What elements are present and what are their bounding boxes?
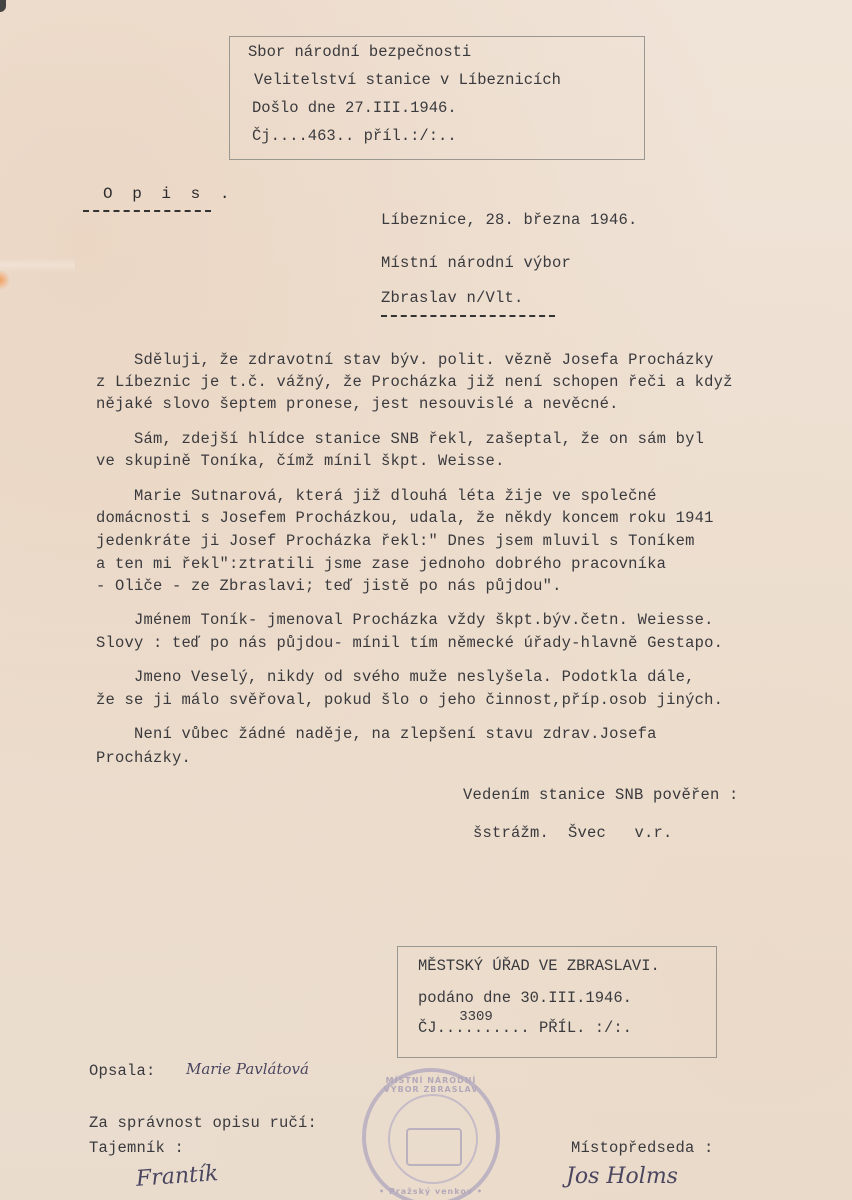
body-line: ve skupině Toníka, čímž mínil škpt. Weis… [96,453,505,470]
stamp-line: Došlo dne 27.III.1946. [252,99,457,117]
body-line: Sám, zdejší hlídce stanice SNB řekl, zaš… [96,431,704,448]
seal-top-text: MÍSTNÍ NÁRODNÍ VÝBOR ZBRASLAV [366,1076,496,1094]
seal-bottom-text: • Pražský venkov • [366,1187,496,1196]
recipient-underline [381,315,555,317]
paper-fold [0,258,75,272]
heading-underline [83,210,211,212]
body-line: Jmeno Veselý, nikdy od svého muže neslyš… [96,669,695,686]
document-heading: O p i s . [103,185,234,203]
body-line: - Oliče - ze Zbraslavi; teď jistě po nás… [96,578,562,595]
body-line: z Líbeznic je t.č. vážný, že Procházka j… [96,374,733,391]
body-line: Sděluji, že zdravotní stav býv. polit. v… [96,352,714,369]
secretary-signature: Frantík [135,1161,219,1192]
body-line: domácnosti s Josefem Procházkou, udala, … [96,510,714,527]
transcribed-label: Opsala: [89,1063,156,1080]
transcriber-signature: Marie Pavlátová [186,1060,309,1078]
paper-stain [0,270,10,290]
body-line: jedenkráte ji Josef Procházka řekl:" Dne… [96,533,695,550]
stamp-ref-line: ČJ..3309........ PŘÍL. :/:. [418,1019,632,1037]
stamp-line: podáno dne 30.III.1946. [418,989,632,1007]
body-line: Jménem Toník- jmenoval Procházka vždy šk… [96,612,714,629]
stamp-line: MĚSTSKÝ ÚŘAD VE ZBRASLAVI. [418,957,660,975]
official-seal: MÍSTNÍ NÁRODNÍ VÝBOR ZBRASLAV • Pražský … [362,1068,500,1200]
secretary-label: Tajemník : [89,1140,184,1157]
body-line: Slovy : teď po nás půjdou- mínil tím něm… [96,635,723,652]
seal-building-emblem [406,1128,462,1166]
stamp-line: Velitelství stanice v Líbeznicích [254,71,561,89]
paper-corner [0,0,6,12]
reference-number: 3309 [459,1009,493,1025]
document-page: Sbor národní bezpečnosti Velitelství sta… [0,0,852,1200]
body-line: Procházky. [96,750,191,767]
stamp-line: Sbor národní bezpečnosti [248,43,471,61]
place-date: Líbeznice, 28. března 1946. [381,212,638,229]
signer-line: šstrážm. Švec v.r. [473,825,673,842]
vice-chair-label: Místopředseda : [571,1140,714,1157]
stamp-line: Čj....463.. příl.:/:.. [252,127,457,145]
recipient-line-2: Zbraslav n/Vlt. [381,290,524,307]
body-line: Není vůbec žádné naděje, na zlepšení sta… [96,726,657,743]
body-line: a ten mi řekl":ztratili jsme zase jednoh… [96,556,666,573]
body-line: že se ji málo svěřoval, pokud šlo o jeho… [96,692,723,709]
body-line: Marie Sutnarová, která již dlouhá léta ž… [96,488,657,505]
recipient-line-1: Místní národní výbor [381,255,571,272]
receipt-stamp: MĚSTSKÝ ÚŘAD VE ZBRASLAVI. podáno dne 30… [397,946,717,1058]
body-line: nějaké slovo šeptem pronese, jest nesouv… [96,396,619,413]
certification-line: Za správnost opisu ručí: [89,1115,317,1132]
authority-line: Vedením stanice SNB pověřen : [463,787,739,804]
vice-chair-signature: Jos Holms [566,1164,678,1189]
received-stamp: Sbor národní bezpečnosti Velitelství sta… [229,36,645,160]
